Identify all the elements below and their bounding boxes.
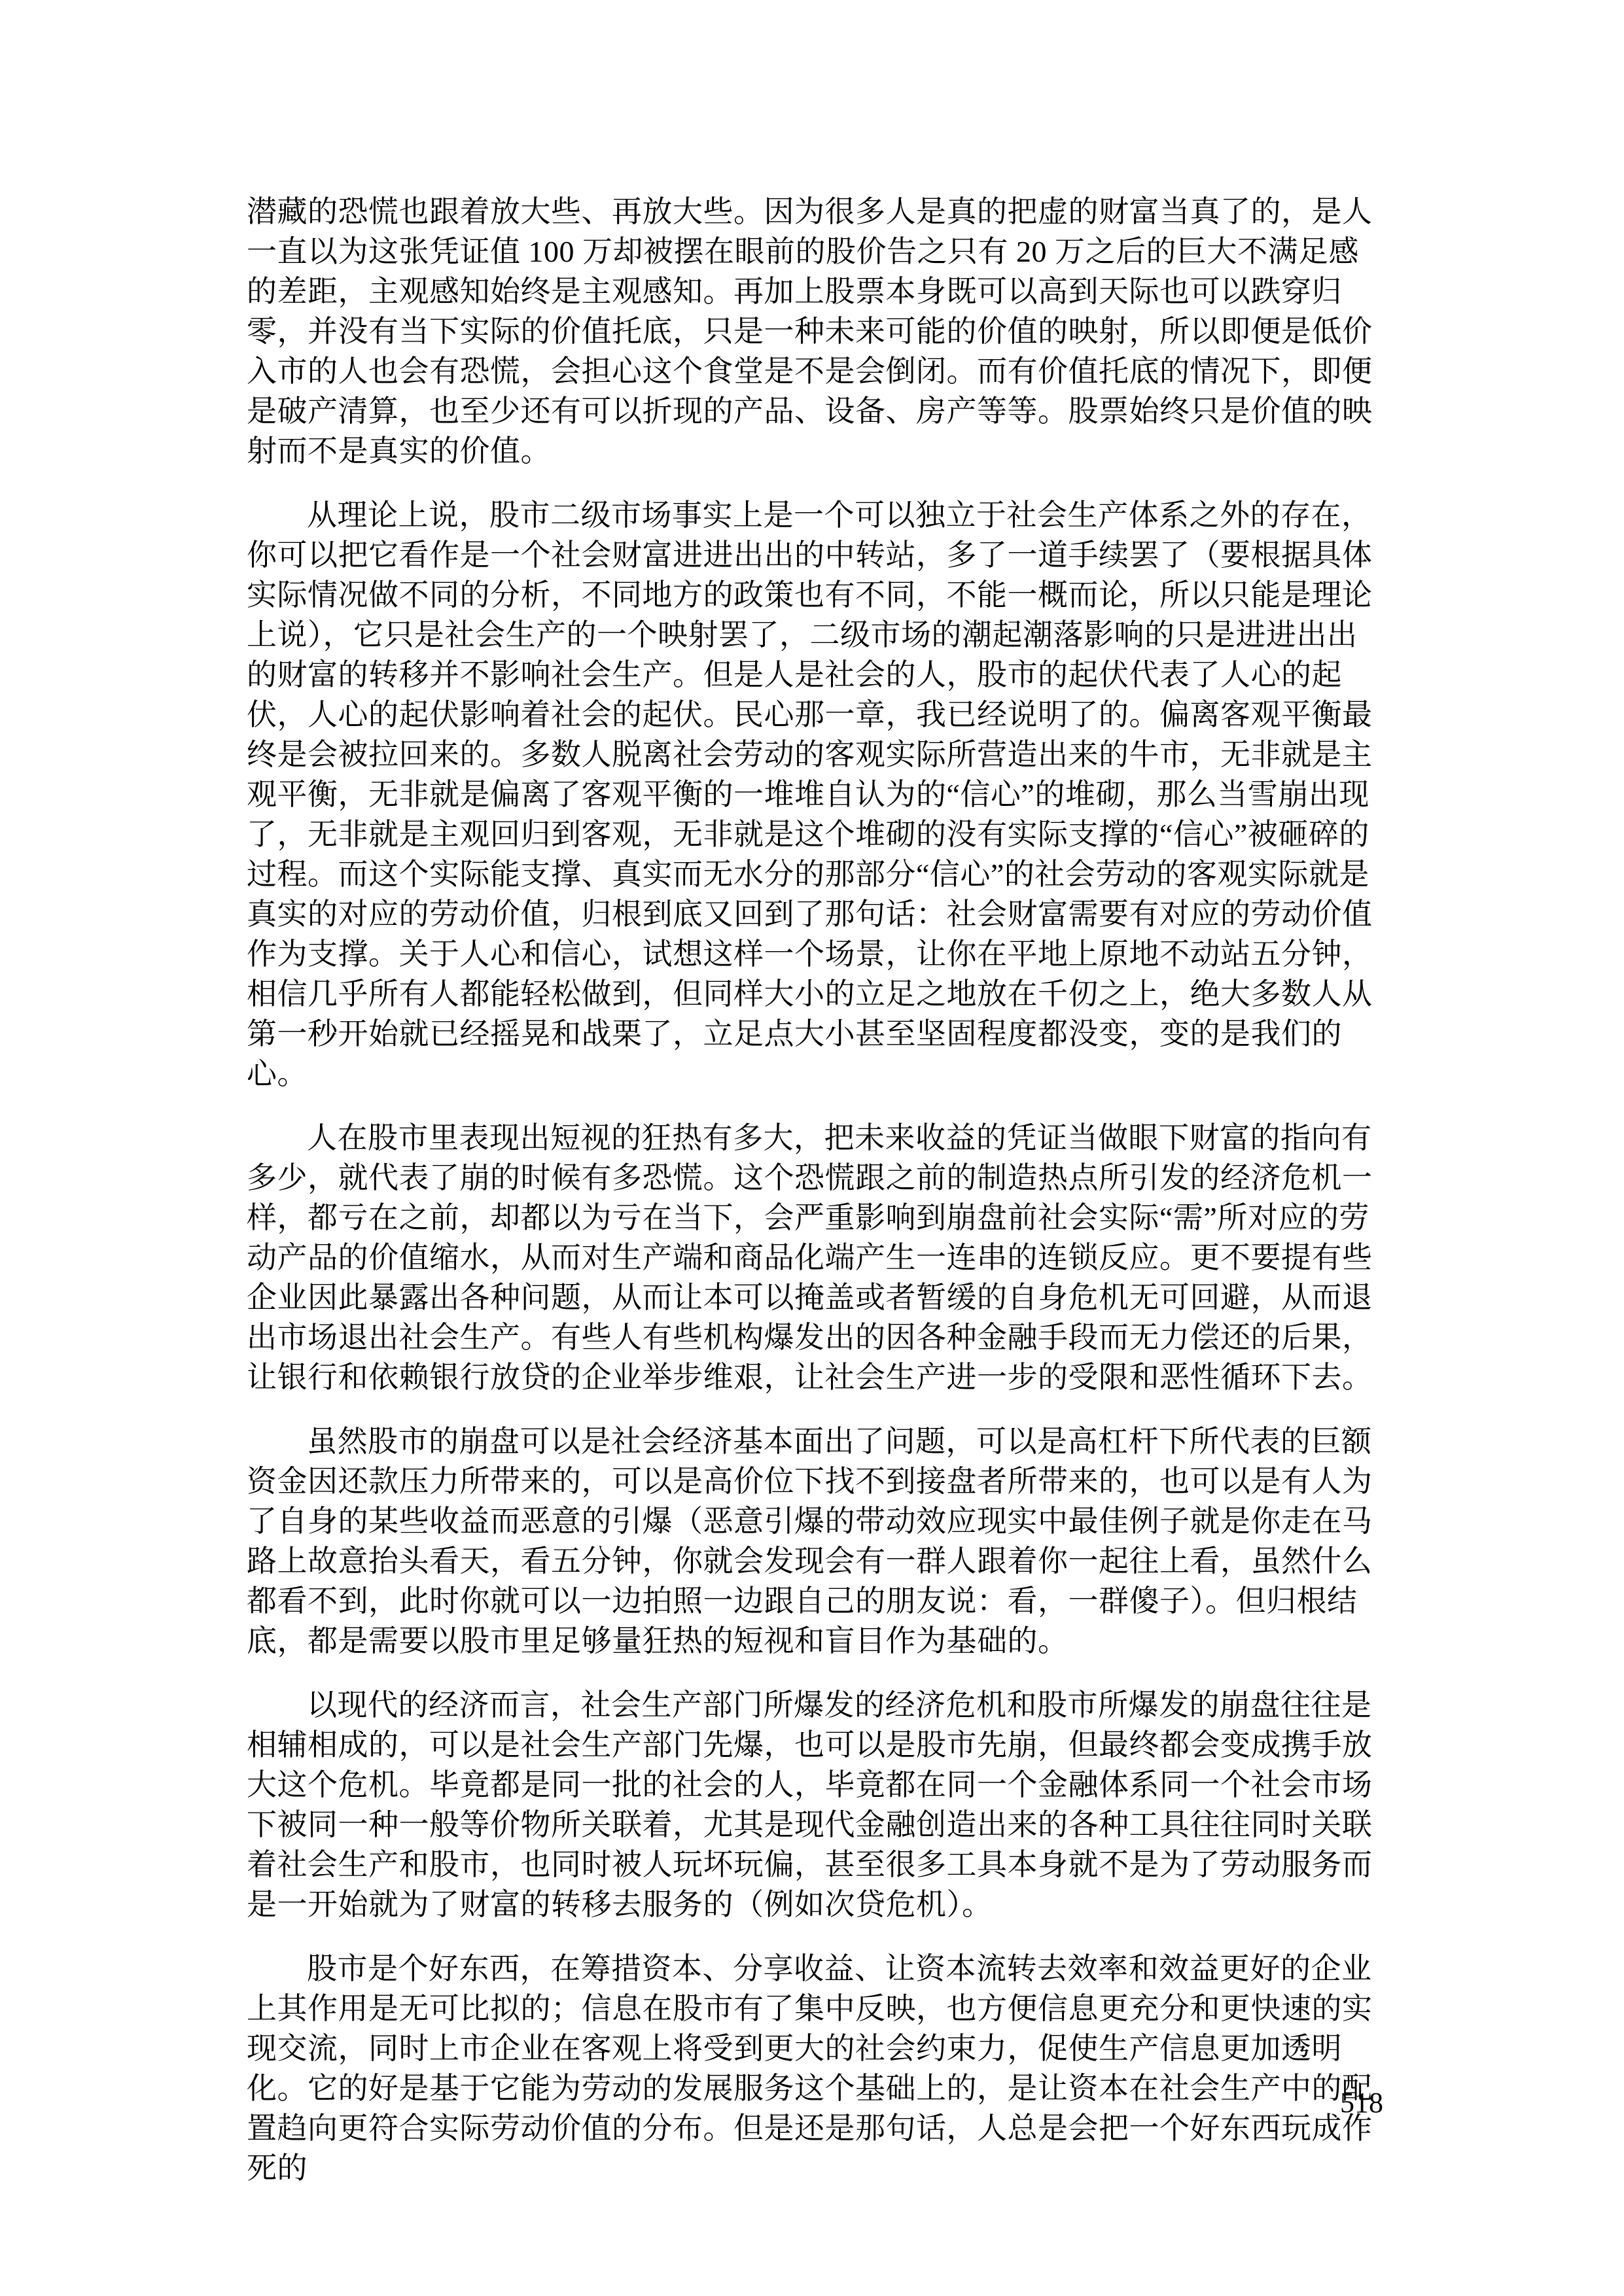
body-paragraph: 潜藏的恐慌也跟着放大些、再放大些。因为很多人是真的把虚的财富当真了的，是人一直以… [247,192,1385,471]
body-paragraph: 从理论上说，股市二级市场事实上是一个可以独立于社会生产体系之外的存在，你可以把它… [247,495,1385,1094]
body-paragraph: 人在股市里表现出短视的狂热有多大，把未来收益的凭证当做眼下财富的指向有多少，就代… [247,1118,1385,1397]
page-number: 518 [1340,2087,1383,2119]
body-paragraph: 以现代的经济而言，社会生产部门所爆发的经济危机和股市所爆发的崩盘往往是相辅相成的… [247,1685,1385,1924]
body-paragraph: 虽然股市的崩盘可以是社会经济基本面出了问题，可以是高杠杆下所代表的巨额资金因还款… [247,1421,1385,1661]
document-page: 潜藏的恐慌也跟着放大些、再放大些。因为很多人是真的把虚的财富当真了的，是人一直以… [0,0,1624,2296]
page-footer: 518 [247,2087,1383,2119]
body-paragraph: 股市是个好东西，在筹措资本、分享收益、让资本流转去效率和效益更好的企业上其作用是… [247,1949,1385,2188]
text-block: 潜藏的恐慌也跟着放大些、再放大些。因为很多人是真的把虚的财富当真了的，是人一直以… [247,192,1385,2188]
